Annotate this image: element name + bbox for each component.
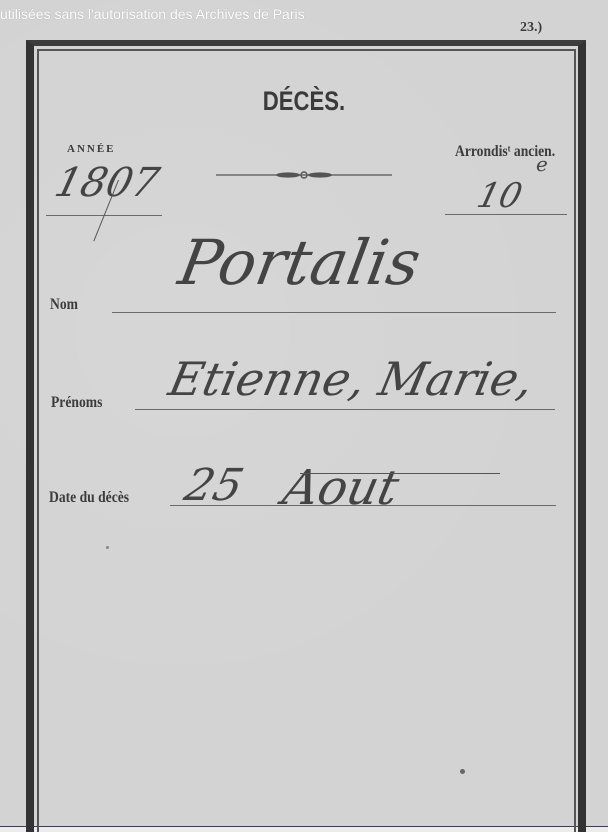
ornament-divider-icon xyxy=(216,168,392,182)
district-line xyxy=(445,214,567,215)
name-value: Portalis xyxy=(174,226,426,299)
year-value: 1807 xyxy=(50,160,163,206)
paper-speck xyxy=(106,546,109,549)
month-flourish xyxy=(300,473,500,474)
firstnames-value: Etienne, Marie, xyxy=(164,352,538,406)
death-month-value: Aout xyxy=(278,460,404,516)
death-date-label: Date du décès xyxy=(49,489,129,507)
paper-speck xyxy=(460,769,465,774)
name-line xyxy=(112,312,556,313)
firstnames-label: Prénoms xyxy=(51,394,102,412)
district-suffix: e xyxy=(536,152,548,176)
folio-number: 23.) xyxy=(520,20,542,36)
year-label: ANNÉE xyxy=(67,143,116,155)
firstnames-line xyxy=(135,409,555,410)
name-label: Nom xyxy=(50,296,78,314)
form-title: DÉCÈS. xyxy=(55,86,554,117)
death-date-line xyxy=(170,505,556,506)
archive-watermark: utilisées sans l'autorisation des Archiv… xyxy=(0,6,305,22)
